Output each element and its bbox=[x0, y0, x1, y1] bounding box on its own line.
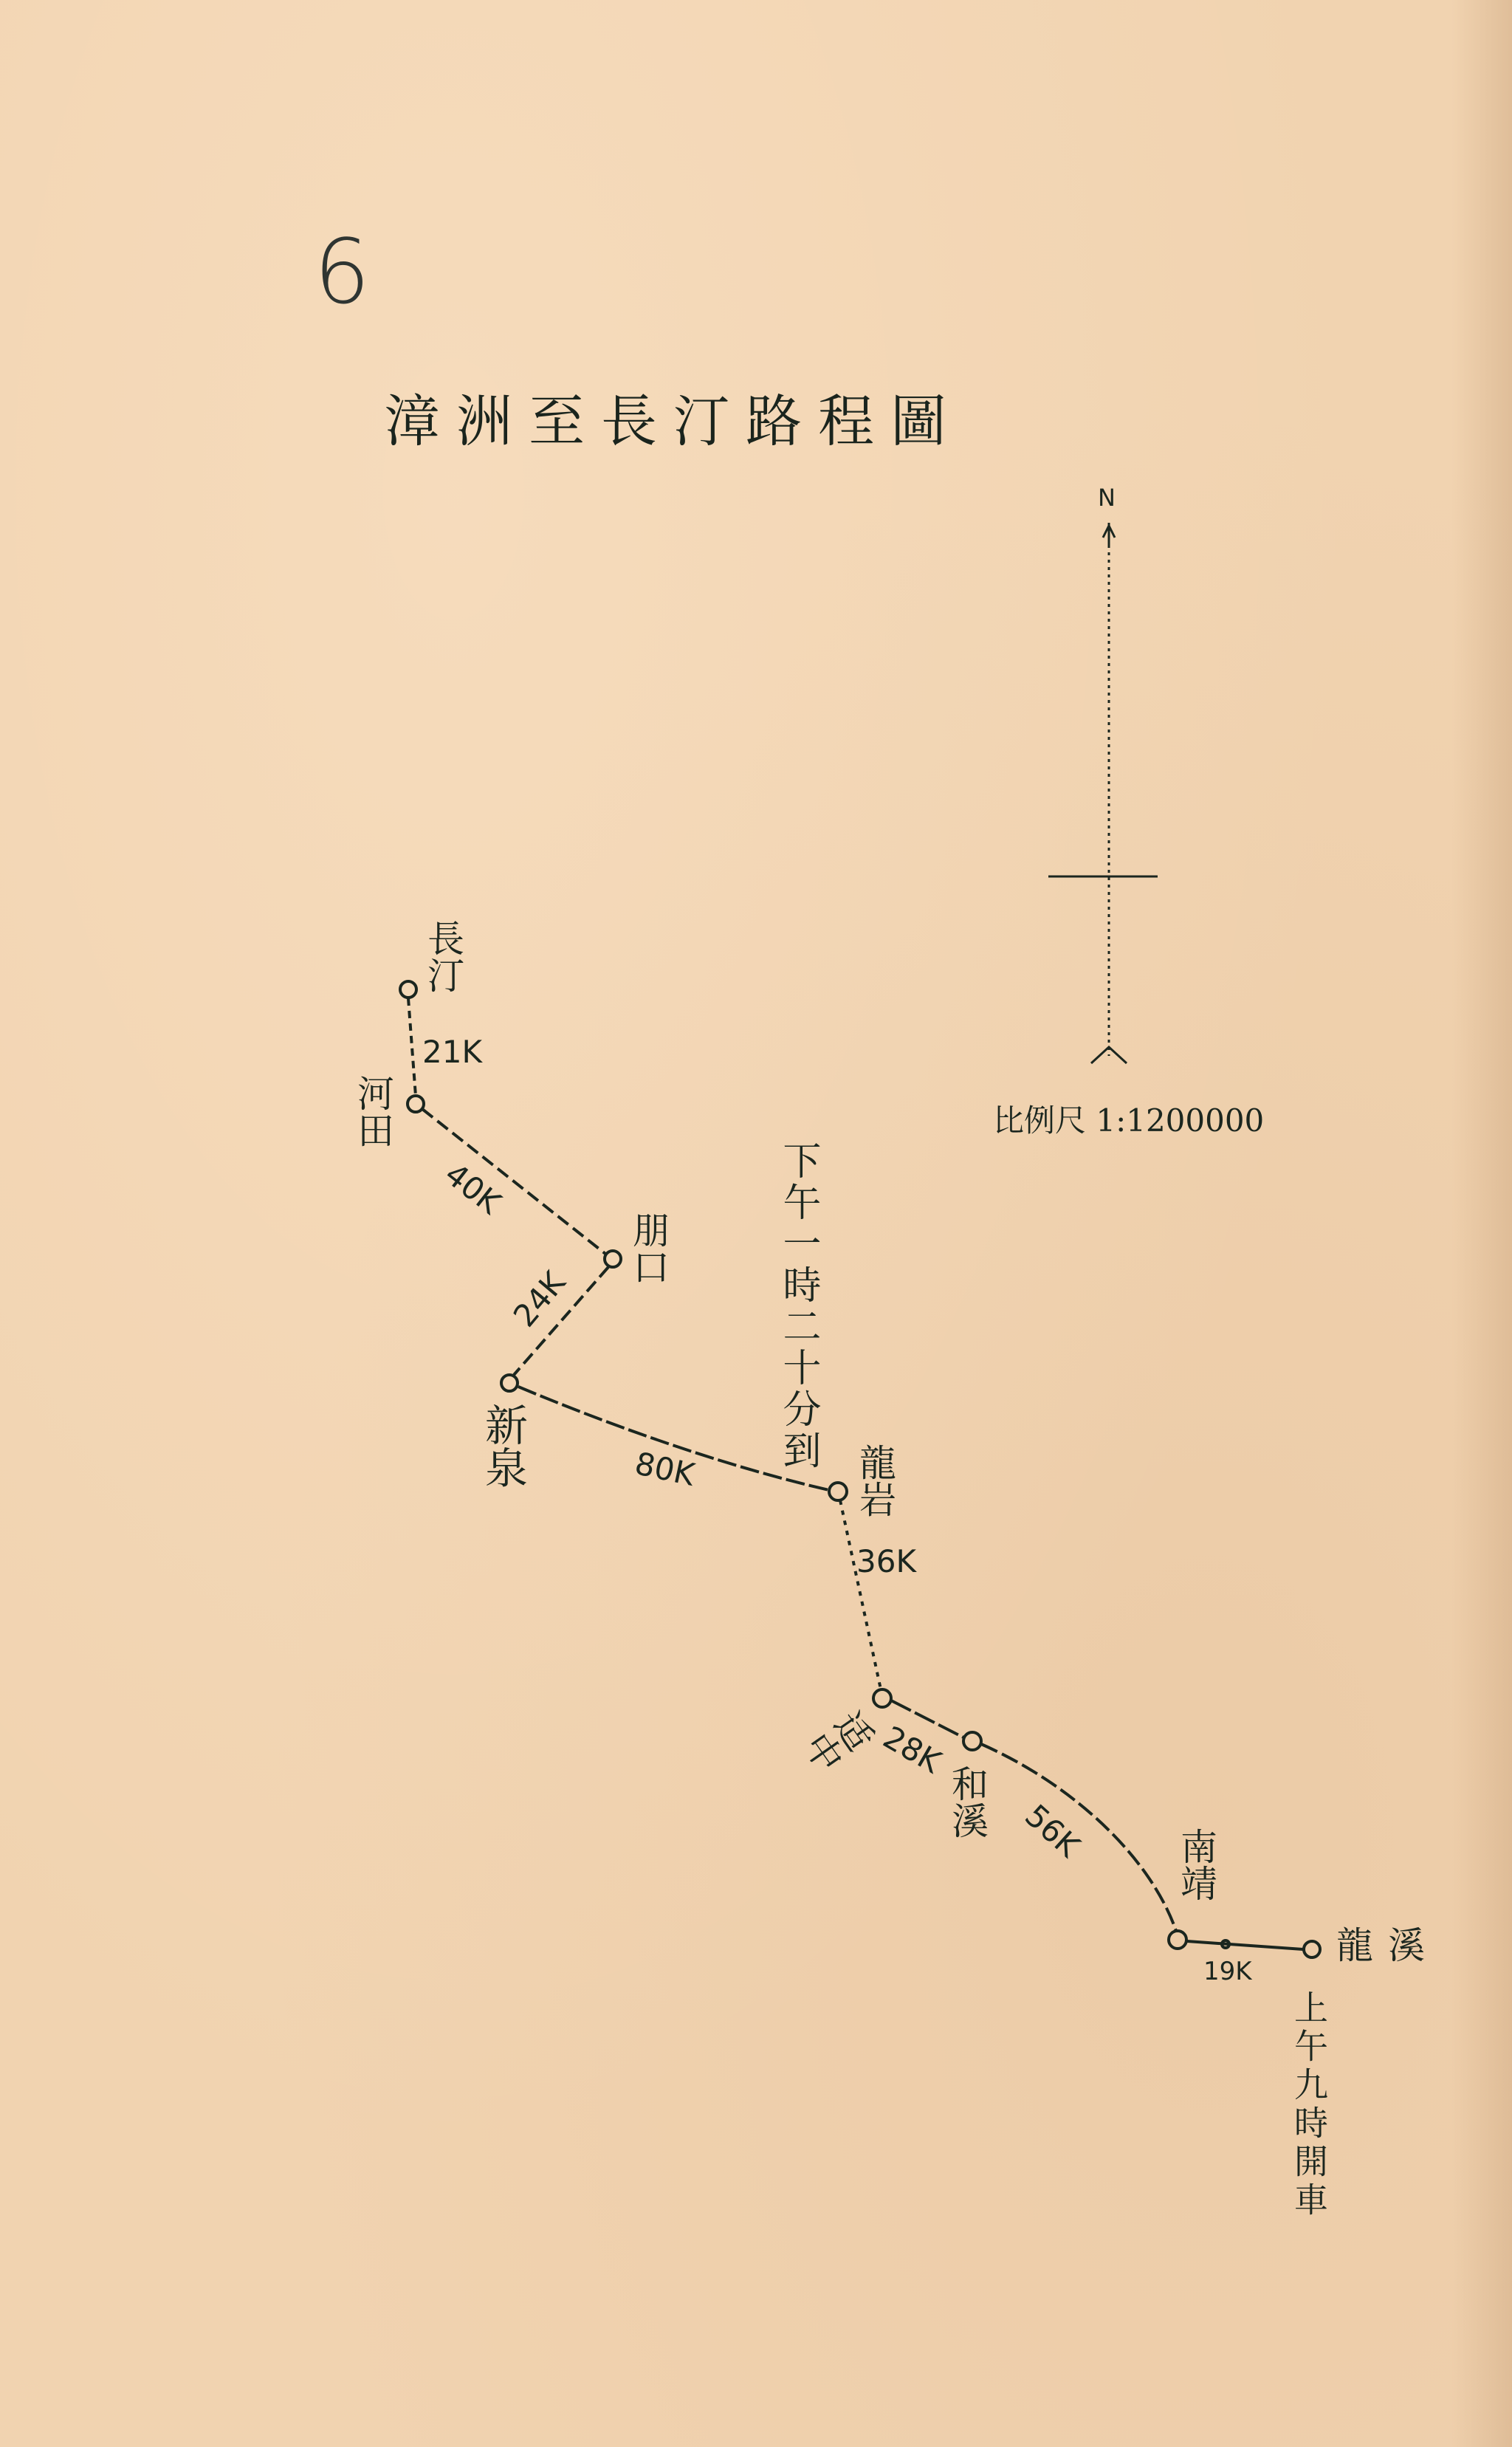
north-label: N bbox=[1098, 484, 1116, 512]
stop-label-nanjing: 南靖 bbox=[1178, 1827, 1214, 1901]
north-arrow-icon bbox=[1048, 523, 1158, 1063]
stop-label-hetian: 河田 bbox=[354, 1074, 391, 1148]
route-map bbox=[0, 0, 1512, 2447]
distance-label: 36K bbox=[856, 1543, 916, 1579]
arrival-time-note: 下午一時二十分到 bbox=[779, 1141, 817, 1472]
stop-node-nanjing bbox=[1169, 1931, 1186, 1949]
stop-node-hexi bbox=[963, 1732, 981, 1750]
distance-label: 21K bbox=[422, 1034, 482, 1070]
stop-node-shizhong bbox=[873, 1689, 891, 1707]
distance-label: 19K bbox=[1203, 1957, 1252, 1986]
stop-label-pengkou: 朋口 bbox=[630, 1211, 667, 1285]
stop-node-hetian bbox=[408, 1096, 424, 1112]
stop-label-changting: 長汀 bbox=[425, 919, 461, 993]
stop-node-changting bbox=[400, 981, 416, 998]
stop-node-xinquan bbox=[501, 1375, 518, 1391]
stop-label-xinquan: 新泉 bbox=[481, 1403, 524, 1489]
departure-time-note: 上午九時開車 bbox=[1292, 1990, 1326, 2220]
stop-node-longxi bbox=[1304, 1941, 1320, 1957]
stop-label-hexi: 和溪 bbox=[949, 1765, 986, 1839]
stop-node-longyan bbox=[829, 1483, 847, 1500]
scale-label: 比例尺 1:1200000 bbox=[993, 1096, 1264, 1141]
stop-label-longxi: 龍溪 bbox=[1336, 1927, 1440, 1964]
stop-node-pengkou bbox=[605, 1251, 621, 1267]
stop-label-longyan: 龍岩 bbox=[856, 1444, 893, 1517]
